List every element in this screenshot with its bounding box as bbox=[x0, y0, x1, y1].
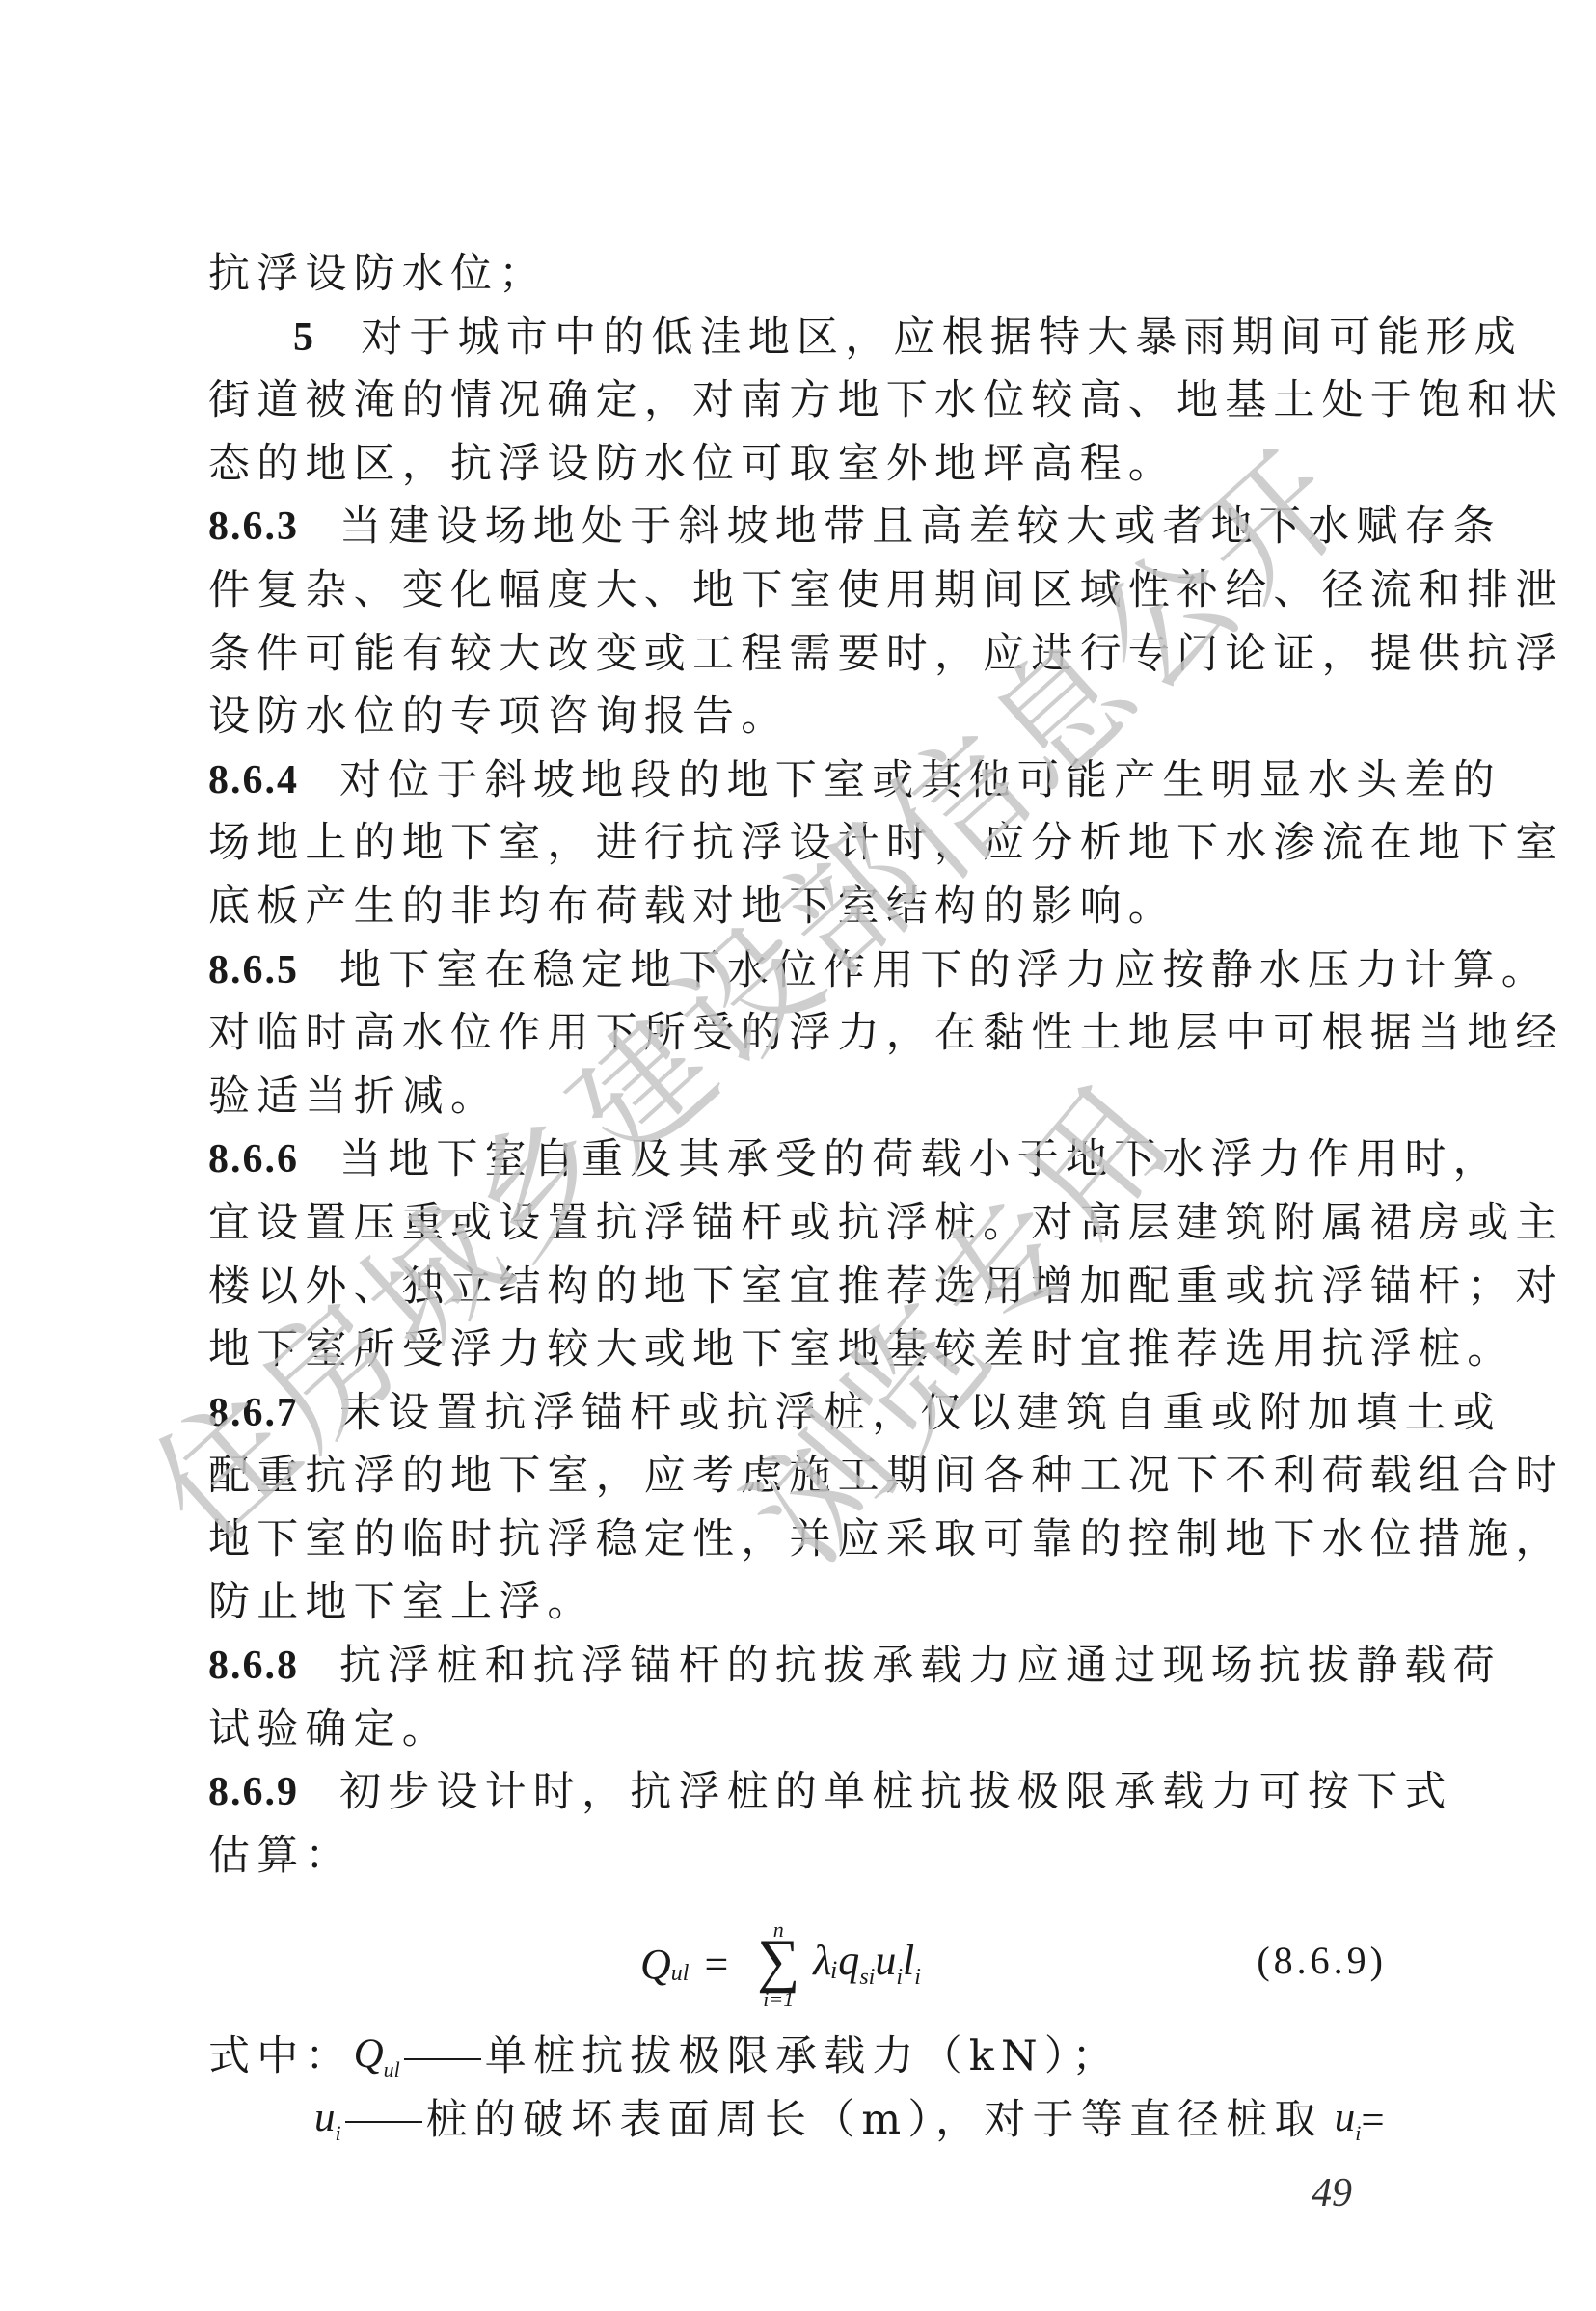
symbol-subscript: i bbox=[1355, 2121, 1361, 2145]
clause-number: 8.6.5 bbox=[208, 939, 299, 1003]
equation-lhs: Q bbox=[640, 1933, 671, 1997]
text-line: 街道被淹的情况确定，对南方地下水位较高、地基土处于饱和状 bbox=[208, 369, 1393, 433]
variable-description: 桩的破坏表面周长（m），对于等直径桩取 bbox=[426, 2089, 1323, 2153]
text-line: 底板产生的非均布荷载对地下室结构的影响。 bbox=[208, 876, 1393, 939]
line-text: 设防水位的专项咨询报告。 bbox=[208, 686, 789, 749]
equation-body: Qul = n ∑ i=1 λᵢqsiuili bbox=[640, 1929, 921, 2000]
text-line: 楼以外、独立结构的地下室宜推荐选用增加配重或抗浮锚杆；对 bbox=[208, 1256, 1393, 1319]
line-text: 对位于斜坡地段的地下室或其他可能产生明显水头差的 bbox=[339, 749, 1501, 813]
line-text: 未设置抗浮锚杆或抗浮桩，仅以建筑自重或附加填土或 bbox=[339, 1382, 1501, 1446]
text-line: 宜设置压重或设置抗浮锚杆或抗浮桩。对高层建筑附属裙房或主 bbox=[208, 1192, 1393, 1256]
line-text: 楼以外、独立结构的地下室宜推荐选用增加配重或抗浮锚杆；对 bbox=[208, 1256, 1564, 1319]
clause-8-6-9: 8.6.9初步设计时，抗浮桩的单桩抗拔极限承载力可按下式 bbox=[208, 1761, 1393, 1825]
line-text: 防止地下室上浮。 bbox=[208, 1571, 596, 1635]
text-line: 配重抗浮的地下室，应考虑施工期间各种工况下不利荷载组合时 bbox=[208, 1445, 1393, 1509]
line-text: 验适当折减。 bbox=[208, 1066, 499, 1129]
symbol-main: Q bbox=[354, 2031, 384, 2077]
text-line: 件复杂、变化幅度大、地下室使用期间区域性补给、径流和排泄 bbox=[208, 559, 1393, 623]
symbol-main: u bbox=[1335, 2095, 1356, 2140]
item-number: 5 bbox=[293, 307, 320, 370]
line-text: 地下室的临时抗浮稳定性，并应采取可靠的控制地下水位措施， bbox=[208, 1509, 1564, 1572]
text-line: 验适当折减。 bbox=[208, 1066, 1393, 1129]
equation-8-6-9: Qul = n ∑ i=1 λᵢqsiuili (8.6.9) bbox=[208, 1892, 1393, 2018]
equation-number: (8.6.9) bbox=[1257, 1929, 1387, 1993]
text-line: 地下室的临时抗浮稳定性，并应采取可靠的控制地下水位措施， bbox=[208, 1509, 1393, 1572]
text-line: 态的地区，抗浮设防水位可取室外地坪高程。 bbox=[208, 433, 1393, 497]
page-number: 49 bbox=[1312, 2170, 1352, 2216]
where-intro: 式中： bbox=[208, 2026, 354, 2089]
q-subscript: si bbox=[859, 1965, 875, 1990]
lambda-q-term: λᵢq bbox=[813, 1937, 859, 1984]
variable-definitions: 式中： Qul 单桩抗拔极限承载力（kN）； ui 桩的破坏表面周长（m），对于… bbox=[208, 2026, 1393, 2152]
list-item-5: 5对于城市中的低洼地区，应根据特大暴雨期间可能形成 bbox=[208, 307, 1393, 370]
document-page: 抗浮设防水位； 5对于城市中的低洼地区，应根据特大暴雨期间可能形成 街道被淹的情… bbox=[0, 0, 1596, 2311]
line-text: 抗浮设防水位； bbox=[208, 243, 547, 307]
clause-8-6-4: 8.6.4对位于斜坡地段的地下室或其他可能产生明显水头差的 bbox=[208, 749, 1393, 813]
equation-terms: λᵢqsiuili bbox=[813, 1929, 921, 2000]
definition-line: 式中： Qul 单桩抗拔极限承载力（kN）； bbox=[208, 2026, 1393, 2089]
variable-description: 单桩抗拔极限承载力（kN）； bbox=[485, 2026, 1121, 2089]
line-text: 态的地区，抗浮设防水位可取室外地坪高程。 bbox=[208, 433, 1177, 497]
tail-symbol: ui bbox=[1335, 2086, 1362, 2156]
definition-line: ui 桩的破坏表面周长（m），对于等直径桩取 ui = bbox=[208, 2089, 1393, 2153]
text-line: 场地上的地下室，进行抗浮设计时，应分析地下水渗流在地下室 bbox=[208, 812, 1393, 876]
equals-tail: = bbox=[1361, 2089, 1384, 2153]
equation-lhs-subscript: ul bbox=[671, 1943, 690, 2006]
text-line: 抗浮设防水位； bbox=[208, 243, 1393, 307]
line-text: 试验确定。 bbox=[208, 1699, 450, 1762]
line-text: 初步设计时，抗浮桩的单桩抗拔极限承载力可按下式 bbox=[339, 1761, 1453, 1825]
symbol-subscript: ul bbox=[384, 2057, 400, 2081]
symbol-subscript: i bbox=[336, 2121, 341, 2145]
line-text: 抗浮桩和抗浮锚杆的抗拔承载力应通过现场抗拔静载荷 bbox=[339, 1635, 1501, 1699]
clause-number: 8.6.6 bbox=[208, 1128, 299, 1192]
variable-symbol: ui bbox=[314, 2086, 341, 2156]
line-text: 对临时高水位作用下所受的浮力，在黏性土地层中可根据当地经 bbox=[208, 1002, 1564, 1066]
line-text: 场地上的地下室，进行抗浮设计时，应分析地下水渗流在地下室 bbox=[208, 812, 1564, 876]
line-text: 估算： bbox=[208, 1825, 354, 1889]
text-line: 估算： bbox=[208, 1825, 1393, 1889]
line-text: 条件可能有较大改变或工程需要时，应进行专门论证，提供抗浮 bbox=[208, 623, 1564, 687]
line-text: 地下室所受浮力较大或地下室地基较差时宜推荐选用抗浮桩。 bbox=[208, 1319, 1515, 1382]
line-text: 当建设场地处于斜坡地带且高差较大或者地下水赋存条 bbox=[339, 496, 1501, 559]
l-subscript: i bbox=[914, 1965, 921, 1990]
em-dash bbox=[345, 2121, 422, 2123]
clause-number: 8.6.4 bbox=[208, 749, 299, 813]
clause-8-6-7: 8.6.7未设置抗浮锚杆或抗浮桩，仅以建筑自重或附加填土或 bbox=[208, 1382, 1393, 1446]
text-line: 防止地下室上浮。 bbox=[208, 1571, 1393, 1635]
text-line: 设防水位的专项咨询报告。 bbox=[208, 686, 1393, 749]
equals-sign: = bbox=[704, 1933, 728, 1997]
line-text: 件复杂、变化幅度大、地下室使用期间区域性补给、径流和排泄 bbox=[208, 559, 1564, 623]
line-text: 对于城市中的低洼地区，应根据特大暴雨期间可能形成 bbox=[361, 307, 1523, 370]
text-line: 条件可能有较大改变或工程需要时，应进行专门论证，提供抗浮 bbox=[208, 623, 1393, 687]
line-text: 宜设置压重或设置抗浮锚杆或抗浮桩。对高层建筑附属裙房或主 bbox=[208, 1192, 1564, 1256]
line-text: 配重抗浮的地下室，应考虑施工期间各种工况下不利荷载组合时 bbox=[208, 1445, 1564, 1509]
sum-lower-limit: i=1 bbox=[749, 1968, 807, 2031]
line-text: 底板产生的非均布荷载对地下室结构的影响。 bbox=[208, 876, 1177, 939]
text-line: 试验确定。 bbox=[208, 1699, 1393, 1762]
text-line: 对临时高水位作用下所受的浮力，在黏性土地层中可根据当地经 bbox=[208, 1002, 1393, 1066]
u-subscript: i bbox=[896, 1965, 903, 1990]
u-term: u bbox=[875, 1937, 896, 1984]
clause-number: 8.6.3 bbox=[208, 496, 299, 559]
text-line: 地下室所受浮力较大或地下室地基较差时宜推荐选用抗浮桩。 bbox=[208, 1319, 1393, 1382]
body-text: 抗浮设防水位； 5对于城市中的低洼地区，应根据特大暴雨期间可能形成 街道被淹的情… bbox=[208, 243, 1393, 1888]
clause-8-6-6: 8.6.6当地下室自重及其承受的荷载小于地下水浮力作用时， bbox=[208, 1128, 1393, 1192]
clause-number: 8.6.8 bbox=[208, 1635, 299, 1699]
summation: n ∑ i=1 bbox=[749, 1931, 807, 1998]
em-dash bbox=[404, 2058, 481, 2060]
clause-8-6-5: 8.6.5地下室在稳定地下水位作用下的浮力应按静水压力计算。 bbox=[208, 939, 1393, 1003]
line-text: 地下室在稳定地下水位作用下的浮力应按静水压力计算。 bbox=[339, 939, 1550, 1003]
l-term: l bbox=[903, 1937, 914, 1984]
sum-upper-limit: n bbox=[749, 1898, 807, 1962]
variable-symbol: Qul bbox=[354, 2023, 400, 2092]
clause-number: 8.6.9 bbox=[208, 1761, 299, 1825]
clause-8-6-3: 8.6.3当建设场地处于斜坡地带且高差较大或者地下水赋存条 bbox=[208, 496, 1393, 559]
clause-number: 8.6.7 bbox=[208, 1382, 299, 1446]
clause-8-6-8: 8.6.8抗浮桩和抗浮锚杆的抗拔承载力应通过现场抗拔静载荷 bbox=[208, 1635, 1393, 1699]
line-text: 当地下室自重及其承受的荷载小于地下水浮力作用时， bbox=[339, 1128, 1501, 1192]
line-text: 街道被淹的情况确定，对南方地下水位较高、地基土处于饱和状 bbox=[208, 369, 1564, 433]
symbol-main: u bbox=[314, 2095, 336, 2140]
